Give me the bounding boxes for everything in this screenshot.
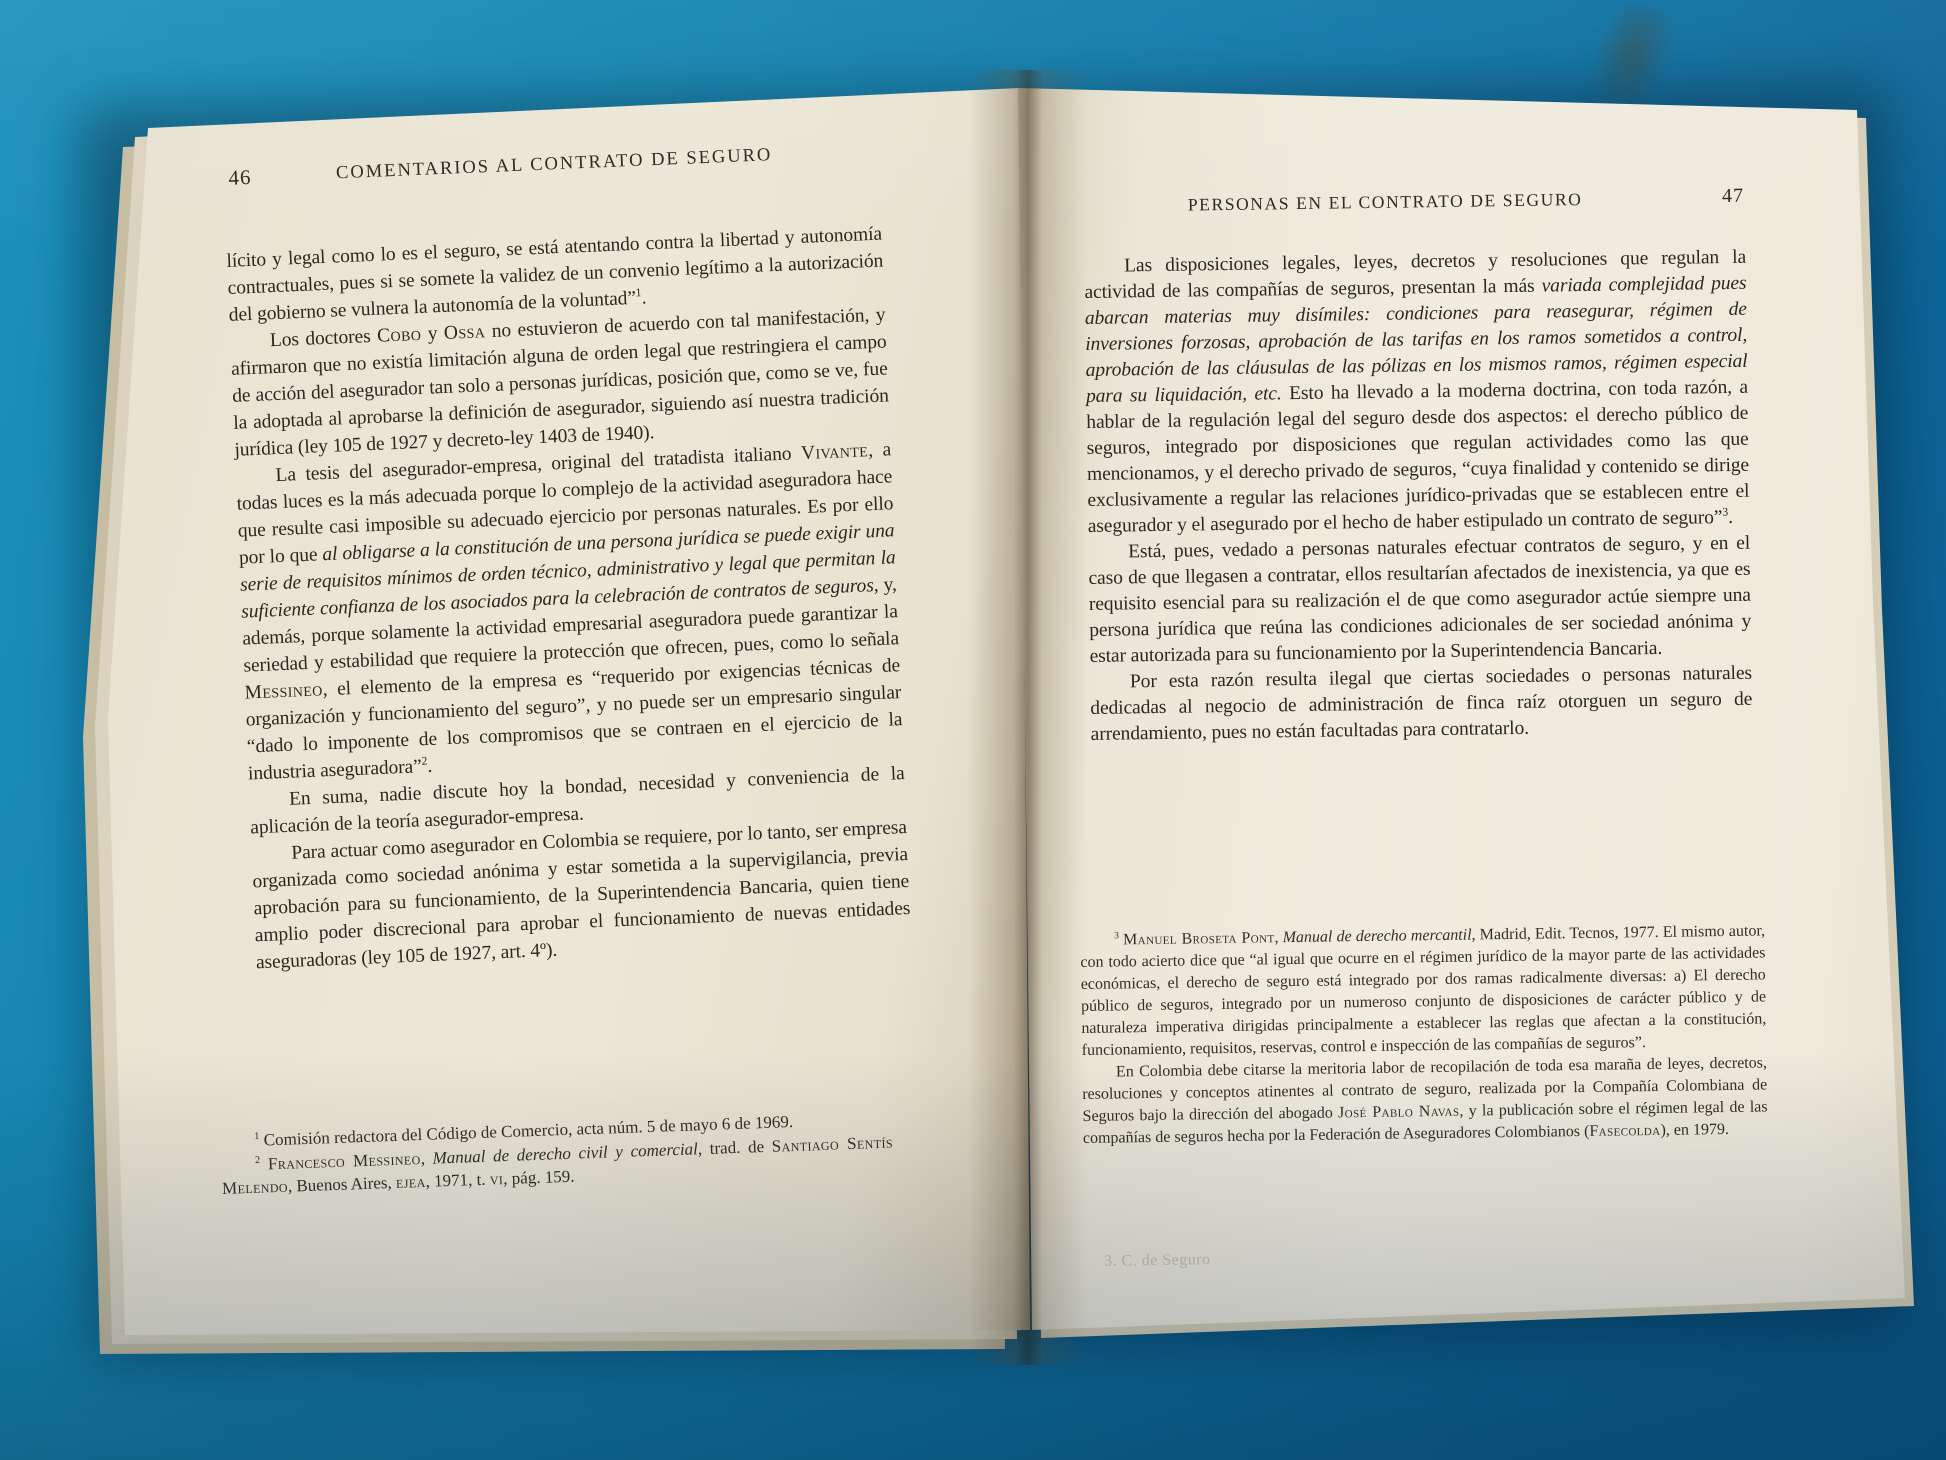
photo-background: 46 COMENTARIOS AL CONTRATO DE SEGURO líc… bbox=[0, 0, 1946, 1460]
book-shadow bbox=[79, 83, 1906, 1358]
